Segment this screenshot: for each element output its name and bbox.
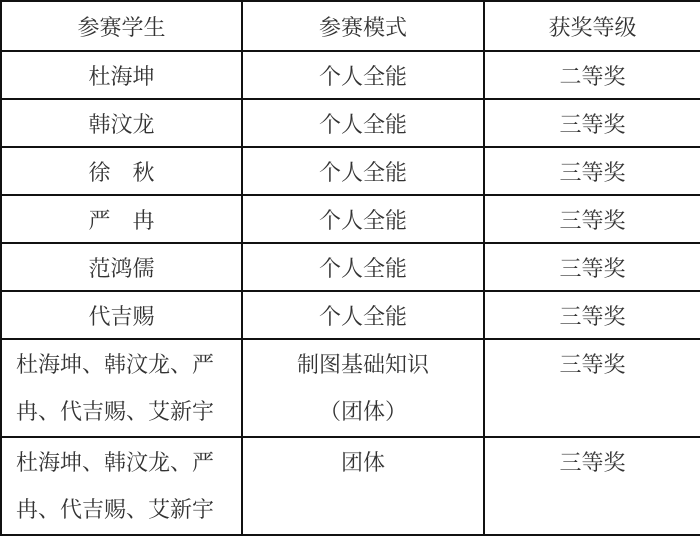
header-students: 参赛学生 xyxy=(1,1,242,51)
table-row: 韩汶龙 个人全能 三等奖 xyxy=(1,99,700,147)
cell-students: 徐 秋 xyxy=(1,147,242,195)
table-row: 代吉赐 个人全能 三等奖 xyxy=(1,291,700,339)
header-row: 参赛学生 参赛模式 获奖等级 xyxy=(1,1,700,51)
cell-award: 三等奖 xyxy=(484,243,700,291)
cell-award: 三等奖 xyxy=(484,195,700,243)
cell-team-mode: 团体 xyxy=(242,437,484,535)
cell-award: 三等奖 xyxy=(484,147,700,195)
cell-mode: 个人全能 xyxy=(242,291,484,339)
students-line-2: 冉、代吉赐、艾新宇 xyxy=(16,389,241,436)
table-row: 严 冉 个人全能 三等奖 xyxy=(1,195,700,243)
table-row: 杜海坤 个人全能 二等奖 xyxy=(1,51,700,99)
cell-team-award: 三等奖 xyxy=(484,437,700,535)
award-table: 参赛学生 参赛模式 获奖等级 杜海坤 个人全能 二等奖 韩汶龙 个人全能 三等奖… xyxy=(0,0,700,536)
cell-team-students: 杜海坤、韩汶龙、严 冉、代吉赐、艾新宇 xyxy=(1,339,242,437)
cell-team-mode: 制图基础知识 （团体） xyxy=(242,339,484,437)
cell-mode: 个人全能 xyxy=(242,195,484,243)
cell-mode: 个人全能 xyxy=(242,99,484,147)
cell-award: 三等奖 xyxy=(484,99,700,147)
cell-mode: 个人全能 xyxy=(242,147,484,195)
students-line-1: 杜海坤、韩汶龙、严 xyxy=(16,440,241,487)
cell-students: 韩汶龙 xyxy=(1,99,242,147)
cell-students: 范鸿儒 xyxy=(1,243,242,291)
cell-students: 代吉赐 xyxy=(1,291,242,339)
mode-line-1: 团体 xyxy=(243,440,483,487)
cell-team-award: 三等奖 xyxy=(484,339,700,437)
cell-students: 杜海坤 xyxy=(1,51,242,99)
cell-award: 三等奖 xyxy=(484,291,700,339)
table-row: 徐 秋 个人全能 三等奖 xyxy=(1,147,700,195)
table-row: 范鸿儒 个人全能 三等奖 xyxy=(1,243,700,291)
header-mode: 参赛模式 xyxy=(242,1,484,51)
header-award: 获奖等级 xyxy=(484,1,700,51)
mode-line-1: 制图基础知识 xyxy=(243,342,483,389)
cell-mode: 个人全能 xyxy=(242,51,484,99)
cell-mode: 个人全能 xyxy=(242,243,484,291)
students-line-1: 杜海坤、韩汶龙、严 xyxy=(16,342,241,389)
team-row: 杜海坤、韩汶龙、严 冉、代吉赐、艾新宇 制图基础知识 （团体） 三等奖 xyxy=(1,339,700,437)
mode-line-2: （团体） xyxy=(243,389,483,436)
team-row: 杜海坤、韩汶龙、严 冉、代吉赐、艾新宇 团体 三等奖 xyxy=(1,437,700,535)
students-line-2: 冉、代吉赐、艾新宇 xyxy=(16,487,241,534)
cell-award: 二等奖 xyxy=(484,51,700,99)
cell-team-students: 杜海坤、韩汶龙、严 冉、代吉赐、艾新宇 xyxy=(1,437,242,535)
cell-students: 严 冉 xyxy=(1,195,242,243)
